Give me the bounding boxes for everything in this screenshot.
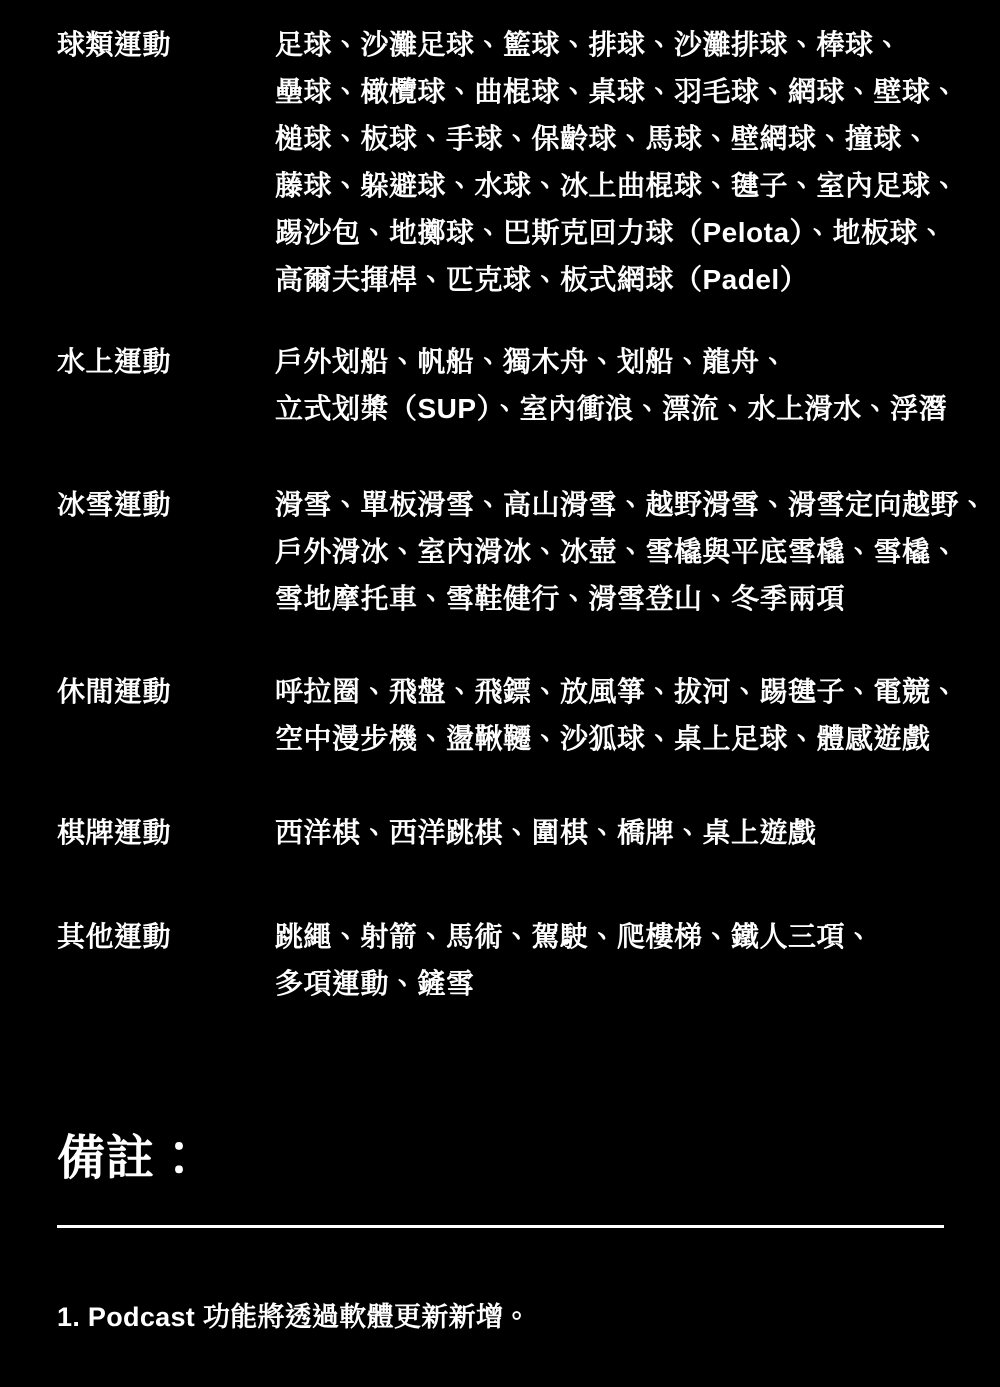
items-line: 踢沙包、地擲球、巴斯克回力球（Pelota）、地板球、: [275, 209, 960, 256]
category-label-board-games: 棋牌運動: [57, 809, 275, 856]
table-row: 球類運動 足球、沙灘足球、籃球、排球、沙灘排球、棒球、 壘球、橄欖球、曲棍球、桌…: [57, 21, 960, 303]
notes-heading: 備註：: [57, 1129, 943, 1189]
category-label-water-sports: 水上運動: [57, 338, 275, 385]
category-items: 西洋棋、西洋跳棋、圍棋、橋牌、桌上遊戲: [275, 809, 960, 856]
category-items: 呼拉圈、飛盤、飛鏢、放風箏、拔河、踢毽子、電競、 空中漫步機、盪鞦韆、沙狐球、桌…: [275, 668, 960, 762]
note-item: 1. Podcast 功能將透過軟體更新新增。: [57, 1297, 943, 1337]
table-row: 棋牌運動 西洋棋、西洋跳棋、圍棋、橋牌、桌上遊戲: [57, 809, 960, 856]
items-line: 戶外划船、帆船、獨木舟、划船、龍舟、: [275, 338, 960, 385]
items-line: 高爾夫揮桿、匹克球、板式網球（Padel）: [275, 256, 960, 303]
category-label-other-sports: 其他運動: [57, 913, 275, 960]
table-row: 冰雪運動 滑雪、單板滑雪、高山滑雪、越野滑雪、滑雪定向越野、 戶外滑冰、室內滑冰…: [57, 481, 960, 622]
items-line: 立式划槳（SUP）、室內衝浪、漂流、水上滑水、浮潛: [275, 385, 960, 432]
category-items: 戶外划船、帆船、獨木舟、划船、龍舟、 立式划槳（SUP）、室內衝浪、漂流、水上滑…: [275, 338, 960, 432]
items-line: 戶外滑冰、室內滑冰、冰壺、雪橇與平底雪橇、雪橇、: [275, 528, 988, 575]
items-line: 滑雪、單板滑雪、高山滑雪、越野滑雪、滑雪定向越野、: [275, 481, 988, 528]
sports-category-table: 球類運動 足球、沙灘足球、籃球、排球、沙灘排球、棒球、 壘球、橄欖球、曲棍球、桌…: [0, 0, 1000, 1007]
category-items: 足球、沙灘足球、籃球、排球、沙灘排球、棒球、 壘球、橄欖球、曲棍球、桌球、羽毛球…: [275, 21, 960, 303]
category-items: 滑雪、單板滑雪、高山滑雪、越野滑雪、滑雪定向越野、 戶外滑冰、室內滑冰、冰壺、雪…: [275, 481, 988, 622]
items-line: 壘球、橄欖球、曲棍球、桌球、羽毛球、網球、壁球、: [275, 68, 960, 115]
table-row: 水上運動 戶外划船、帆船、獨木舟、划船、龍舟、 立式划槳（SUP）、室內衝浪、漂…: [57, 338, 960, 432]
items-line: 足球、沙灘足球、籃球、排球、沙灘排球、棒球、: [275, 21, 960, 68]
notes-divider-line: [57, 1225, 944, 1228]
table-row: 其他運動 跳繩、射箭、馬術、駕駛、爬樓梯、鐵人三項、 多項運動、鏟雪: [57, 913, 960, 1007]
items-line: 槌球、板球、手球、保齡球、馬球、壁網球、撞球、: [275, 115, 960, 162]
items-line: 多項運動、鏟雪: [275, 960, 960, 1007]
items-line: 跳繩、射箭、馬術、駕駛、爬樓梯、鐵人三項、: [275, 913, 960, 960]
category-label-leisure-sports: 休閒運動: [57, 668, 275, 715]
items-line: 空中漫步機、盪鞦韆、沙狐球、桌上足球、體感遊戲: [275, 715, 960, 762]
items-line: 西洋棋、西洋跳棋、圍棋、橋牌、桌上遊戲: [275, 809, 960, 856]
items-line: 呼拉圈、飛盤、飛鏢、放風箏、拔河、踢毽子、電競、: [275, 668, 960, 715]
category-items: 跳繩、射箭、馬術、駕駛、爬樓梯、鐵人三項、 多項運動、鏟雪: [275, 913, 960, 1007]
notes-section: 備註： 1. Podcast 功能將透過軟體更新新增。: [0, 1129, 1000, 1337]
category-label-ball-sports: 球類運動: [57, 21, 275, 68]
table-row: 休閒運動 呼拉圈、飛盤、飛鏢、放風箏、拔河、踢毽子、電競、 空中漫步機、盪鞦韆、…: [57, 668, 960, 762]
items-line: 雪地摩托車、雪鞋健行、滑雪登山、冬季兩項: [275, 575, 988, 622]
items-line: 藤球、躲避球、水球、冰上曲棍球、毽子、室內足球、: [275, 162, 960, 209]
sports-spec-page: 球類運動 足球、沙灘足球、籃球、排球、沙灘排球、棒球、 壘球、橄欖球、曲棍球、桌…: [0, 0, 1000, 1387]
category-label-snow-sports: 冰雪運動: [57, 481, 275, 528]
